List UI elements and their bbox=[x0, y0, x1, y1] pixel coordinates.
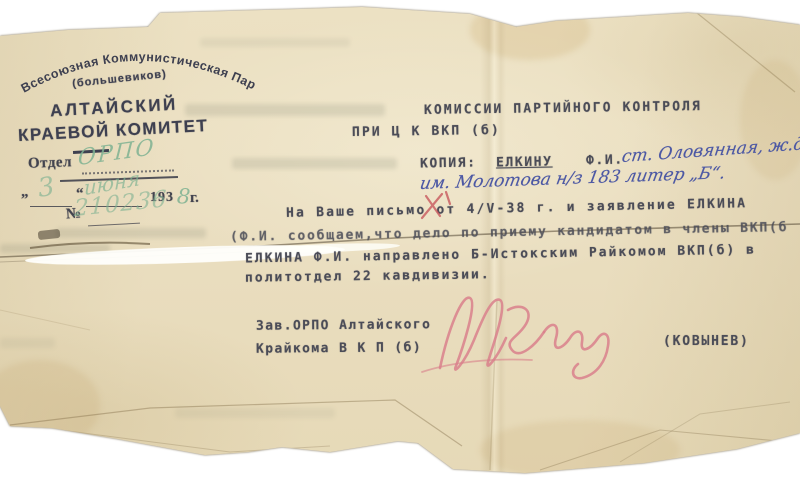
paper-sheet: Всесоюзная Коммунистическая Партия (боль… bbox=[0, 0, 800, 478]
signature-title-line2: Крайкома В К П (б) bbox=[256, 340, 422, 356]
document-scan: Всесоюзная Коммунистическая Партия (боль… bbox=[0, 0, 800, 478]
copy-addressee: ЕЛКИНУ bbox=[496, 155, 553, 171]
signature-title-line1: Зав.ОРПО Алтайского bbox=[256, 317, 431, 334]
number-line bbox=[88, 223, 140, 227]
date-day-handwritten: 3 bbox=[36, 172, 57, 204]
date-open-quote: „ bbox=[21, 184, 29, 201]
header-line2: ПРИ Ц К ВКП (б) bbox=[352, 123, 501, 140]
letterhead-stamp: Всесоюзная Коммунистическая Партия (боль… bbox=[0, 28, 270, 243]
paper-surface: Всесоюзная Коммунистическая Партия (боль… bbox=[0, 0, 800, 478]
copy-label: КОПИЯ: bbox=[420, 156, 477, 172]
department-label: Отдел bbox=[28, 154, 73, 173]
date-year-digit-handwritten: 8 bbox=[176, 184, 191, 209]
red-pencil-mark bbox=[416, 190, 456, 224]
signature-scribble bbox=[412, 280, 652, 390]
date-suffix: г. bbox=[190, 190, 199, 207]
signer-name: (КОВЫНЕВ) bbox=[663, 334, 750, 349]
